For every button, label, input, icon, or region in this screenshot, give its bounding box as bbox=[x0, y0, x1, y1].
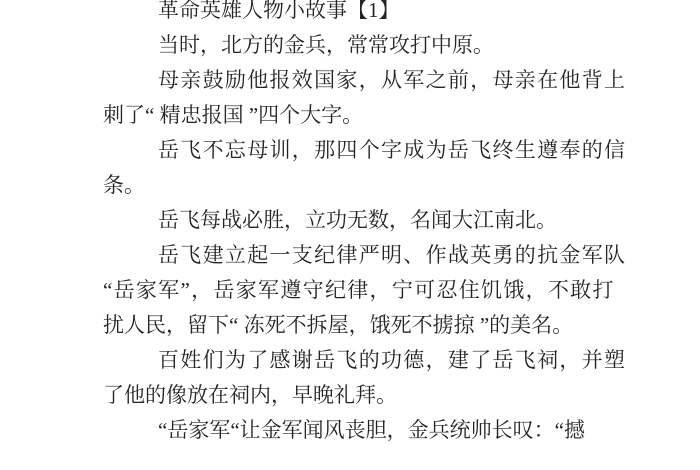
text-line: 当时，北方的金兵，常常攻打中原。 bbox=[103, 28, 629, 63]
text-line: 条。 bbox=[103, 168, 629, 203]
text-line: 岳飞每战必胜，立功无数，名闻大江南北。 bbox=[103, 203, 629, 238]
text-line: 岳飞不忘母训，那四个字成为岳飞终生遵奉的信 bbox=[103, 133, 629, 168]
story-text-block: 革命英雄人物小故事【1】 当时，北方的金兵，常常攻打中原。 母亲鼓励他报效国家，… bbox=[103, 0, 629, 448]
text-line: 刺了“ 精忠报国 ”四个大字。 bbox=[103, 98, 629, 133]
text-line: 百姓们为了感谢岳飞的功德，建了岳飞祠，并塑 bbox=[103, 343, 629, 378]
text-line: 岳飞建立起一支纪律严明、作战英勇的抗金军队 bbox=[103, 238, 629, 273]
text-line: 母亲鼓励他报效国家，从军之前，母亲在他背上 bbox=[103, 63, 629, 98]
text-line: “岳家军“让金军闻风丧胆，金兵统帅长叹：“撼 bbox=[103, 413, 629, 448]
text-line: 了他的像放在祠内，早晚礼拜。 bbox=[103, 378, 629, 413]
story-title-line: 革命英雄人物小故事【1】 bbox=[103, 0, 629, 28]
text-line: “岳家军”，岳家军遵守纪律，宁可忍住饥饿，不敢打 bbox=[103, 273, 629, 308]
text-line: 扰人民，留下“ 冻死不拆屋，饿死不掳掠 ”的美名。 bbox=[103, 308, 629, 343]
